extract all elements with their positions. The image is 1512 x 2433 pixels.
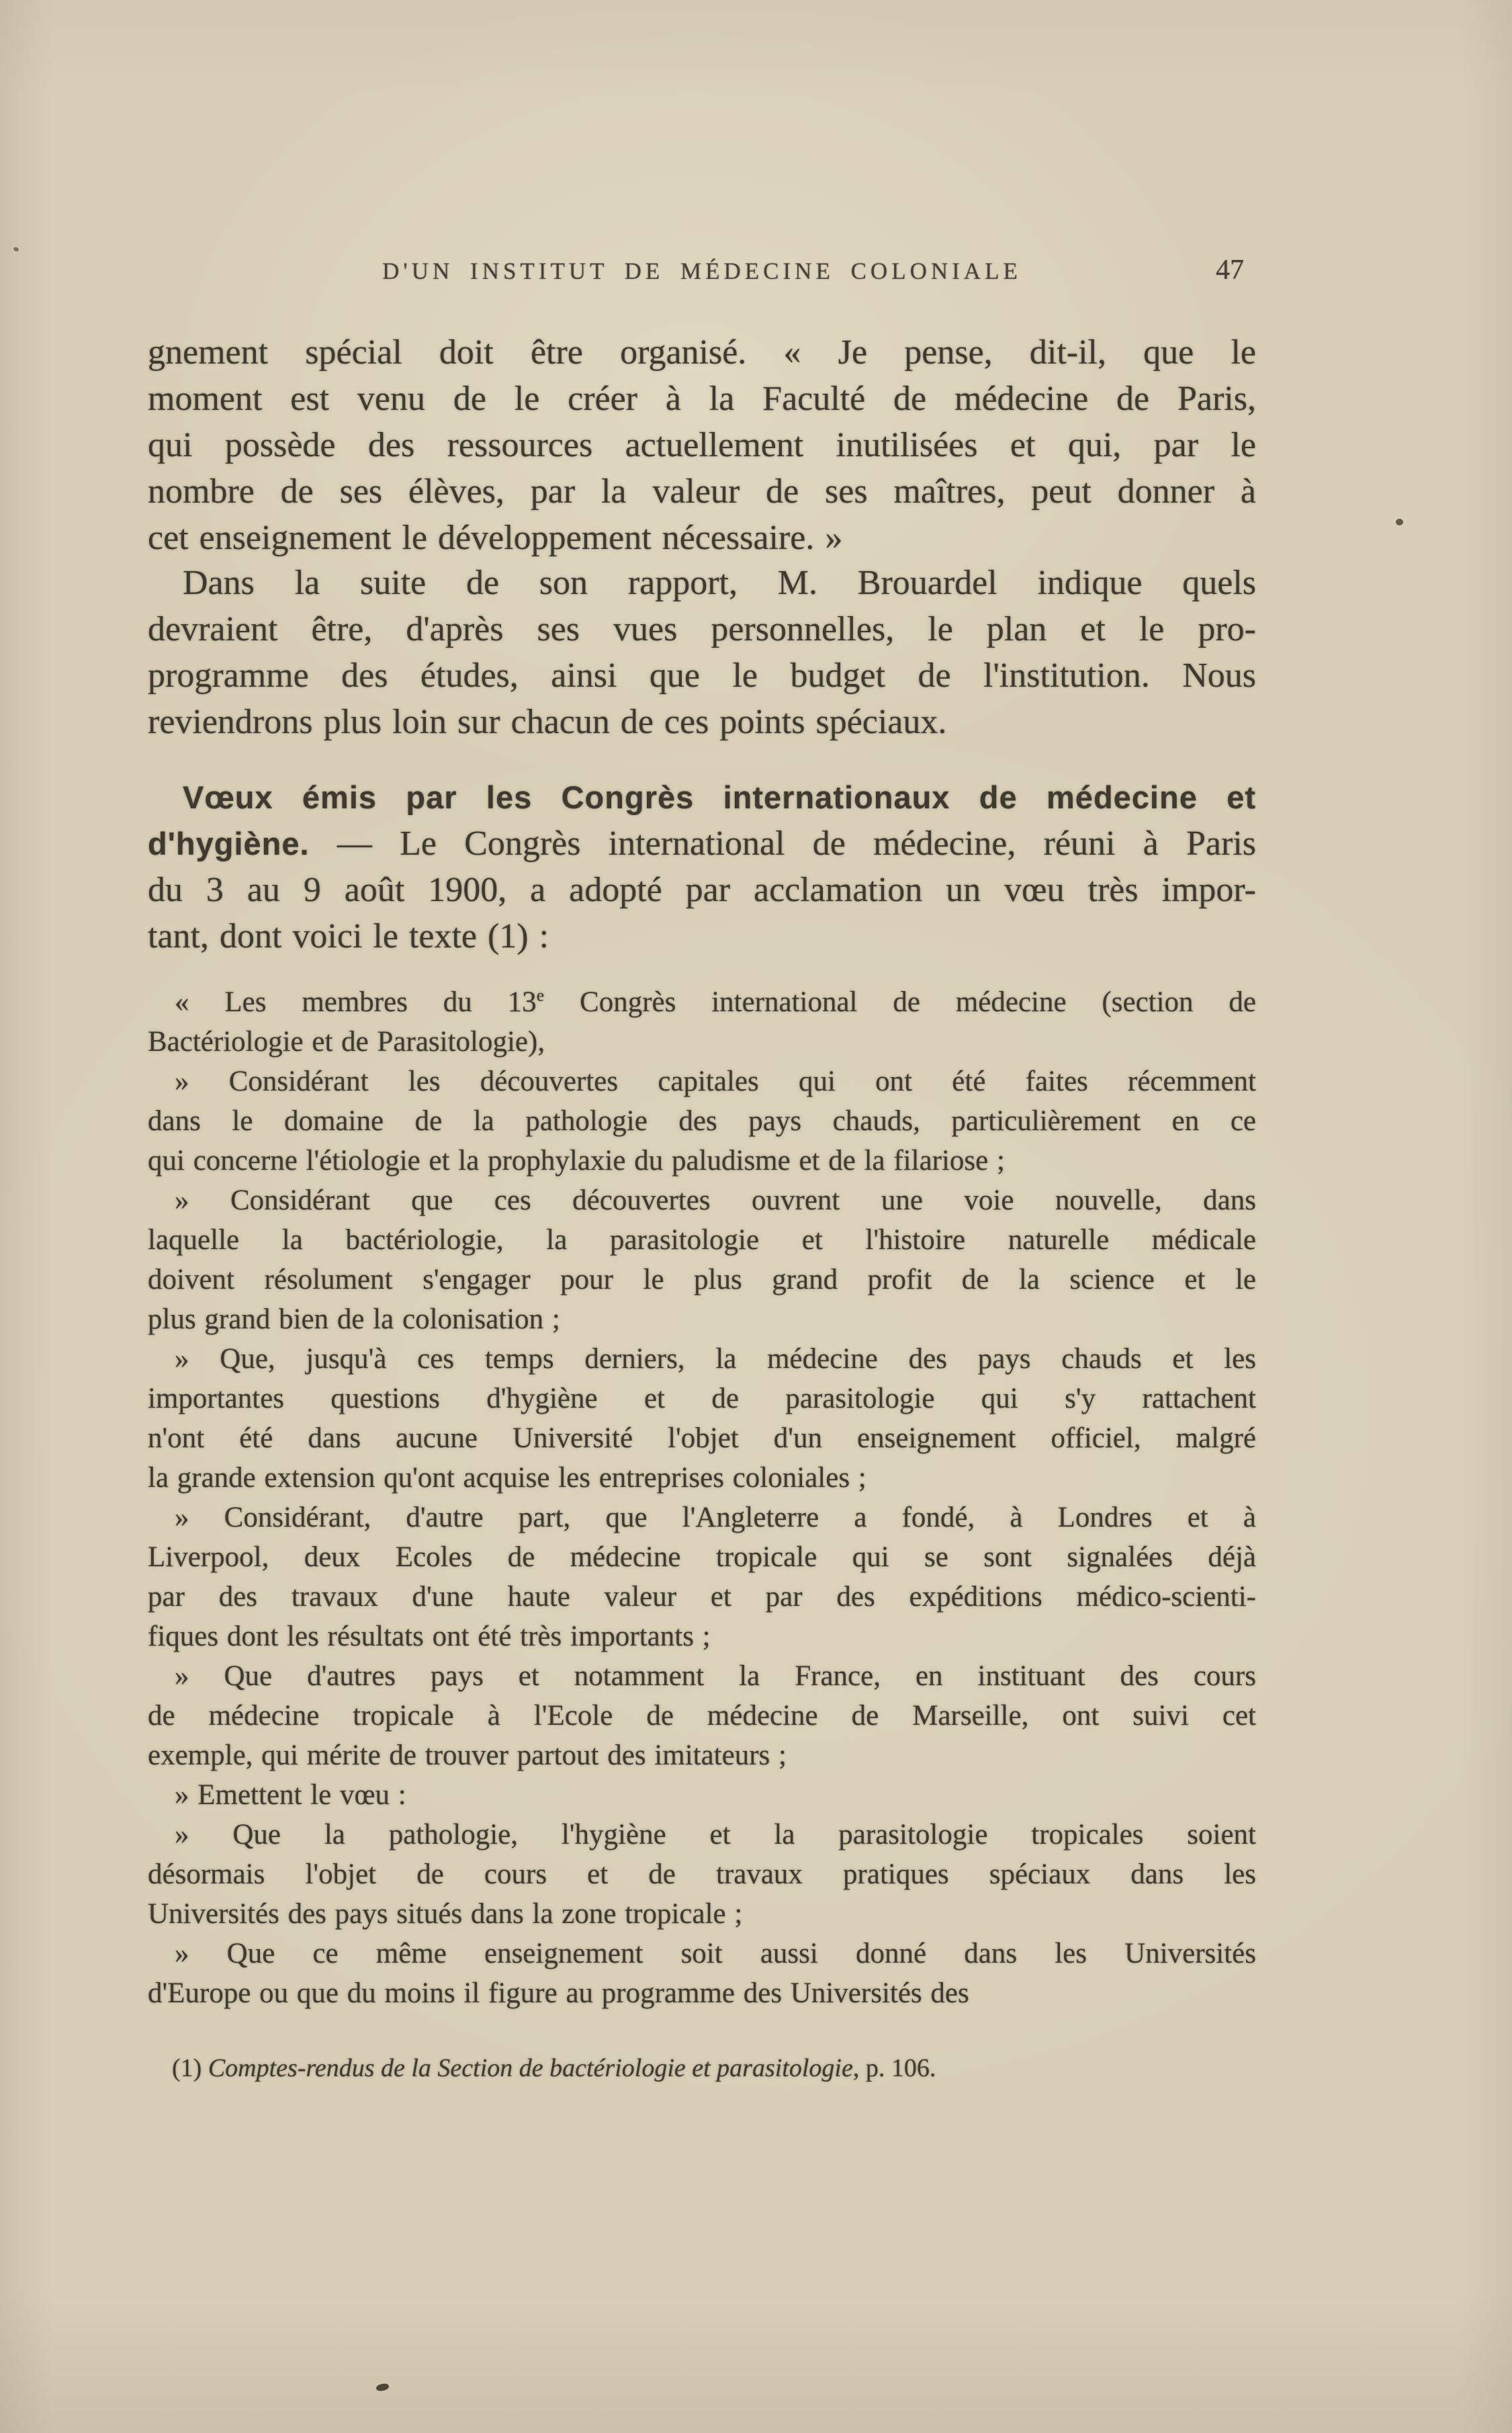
text-line: doivent résolument s'engager pour le plu… [148,1260,1256,1299]
paragraph-brouardel: Dans la suite de son rapport, M. Brouard… [148,560,1256,745]
text-line: » Que, jusqu'à ces temps derniers, la mé… [148,1339,1256,1379]
text-line: qui possède des ressources actuellement … [148,422,1256,468]
text-line: » Que la pathologie, l'hygiène et la par… [148,1815,1256,1854]
text-run: « Les membres du 13 [175,986,537,1018]
text-line: Dans la suite de son rapport, M. Brouard… [148,560,1256,606]
text-line: la grande extension qu'ont acquise les e… [148,1458,1256,1498]
footnote-page-ref: , p. 106. [853,2054,936,2082]
text-line: d'Europe ou que du moins il figure au pr… [148,1973,1256,2013]
text-line: désormais l'objet de cours et de travaux… [148,1854,1256,1894]
footnote-ref: (1) [172,2054,208,2082]
text-line: laquelle la bactériologie, la parasitolo… [148,1220,1256,1260]
text-line: Vœux émis par les Congrès internationaux… [148,774,1256,820]
text-line: Liverpool, deux Ecoles de médecine tropi… [148,1537,1256,1577]
text-run: — Le Congrès international de médecine, … [310,824,1256,863]
bold-heading: Vœux émis par les Congrès internationaux… [183,779,1256,815]
text-line: Universités des pays situés dans la zone… [148,1894,1256,1934]
page-header: D'UN INSTITUT DE MÉDECINE COLONIALE 47 [148,258,1256,298]
text-line: « Les membres du 13e Congrès internation… [148,982,1256,1022]
text-line: » Considérant les découvertes capitales … [148,1062,1256,1101]
text-line: dans le domaine de la pathologie des pay… [148,1101,1256,1141]
text-line: cet enseignement le développement nécess… [148,515,1256,561]
text-line: devraient être, d'après ses vues personn… [148,606,1256,652]
text-line: n'ont été dans aucune Université l'objet… [148,1418,1256,1458]
ink-speck [13,247,19,252]
text-line: » Considérant que ces découvertes ouvren… [148,1181,1256,1220]
bold-heading: d'hygiène. [148,826,310,861]
text-column: D'UN INSTITUT DE MÉDECINE COLONIALE 47 g… [148,0,1256,2433]
text-line: tant, dont voici le texte (1) : [148,913,1256,959]
footnote: (1) Comptes-rendus de la Section de bact… [148,2051,1256,2086]
text-line: du 3 au 9 août 1900, a adopté par acclam… [148,867,1256,913]
text-line: » Que ce même enseignement soit aussi do… [148,1934,1256,1973]
text-line: Bactériologie et de Parasitologie), [148,1022,1256,1062]
text-line: par des travaux d'une haute valeur et pa… [148,1577,1256,1617]
text-line: plus grand bien de la colonisation ; [148,1299,1256,1339]
text-line: » Considérant, d'autre part, que l'Angle… [148,1498,1256,1537]
text-run: Congrès international de médecine (secti… [544,986,1256,1018]
text-line: programme des études, ainsi que le budge… [148,652,1256,699]
quoted-voeu-block: « Les membres du 13e Congrès internation… [148,982,1256,2013]
running-title: D'UN INSTITUT DE MÉDECINE COLONIALE [148,258,1256,285]
text-line: gnement spécial doit être organisé. « Je… [148,329,1256,376]
text-line: exemple, qui mérite de trouver partout d… [148,1736,1256,1775]
text-line: » Emettent le vœu : [148,1775,1256,1815]
paragraph-continuation: gnement spécial doit être organisé. « Je… [148,329,1256,561]
text-line: importantes questions d'hygiène et de pa… [148,1379,1256,1418]
text-line: nombre de ses élèves, par la valeur de s… [148,468,1256,515]
text-line: de médecine tropicale à l'Ecole de médec… [148,1696,1256,1736]
text-line: » Que d'autres pays et notamment la Fran… [148,1656,1256,1696]
book-page: D'UN INSTITUT DE MÉDECINE COLONIALE 47 g… [0,0,1512,2433]
text-line: qui concerne l'étiologie et la prophylax… [148,1141,1256,1181]
superscript-ordinal: e [537,986,544,1005]
text-line: reviendrons plus loin sur chacun de ces … [148,699,1256,745]
text-line: moment est venu de le créer à la Faculté… [148,376,1256,422]
page-number: 47 [1216,254,1244,286]
footnote-title: Comptes-rendus de la Section de bactério… [208,2054,853,2082]
text-line: fiques dont les résultats ont été très i… [148,1617,1256,1656]
ink-speck [1396,519,1403,525]
paragraph-voeux: Vœux émis par les Congrès internationaux… [148,774,1256,959]
text-line: d'hygiène. — Le Congrès international de… [148,820,1256,867]
